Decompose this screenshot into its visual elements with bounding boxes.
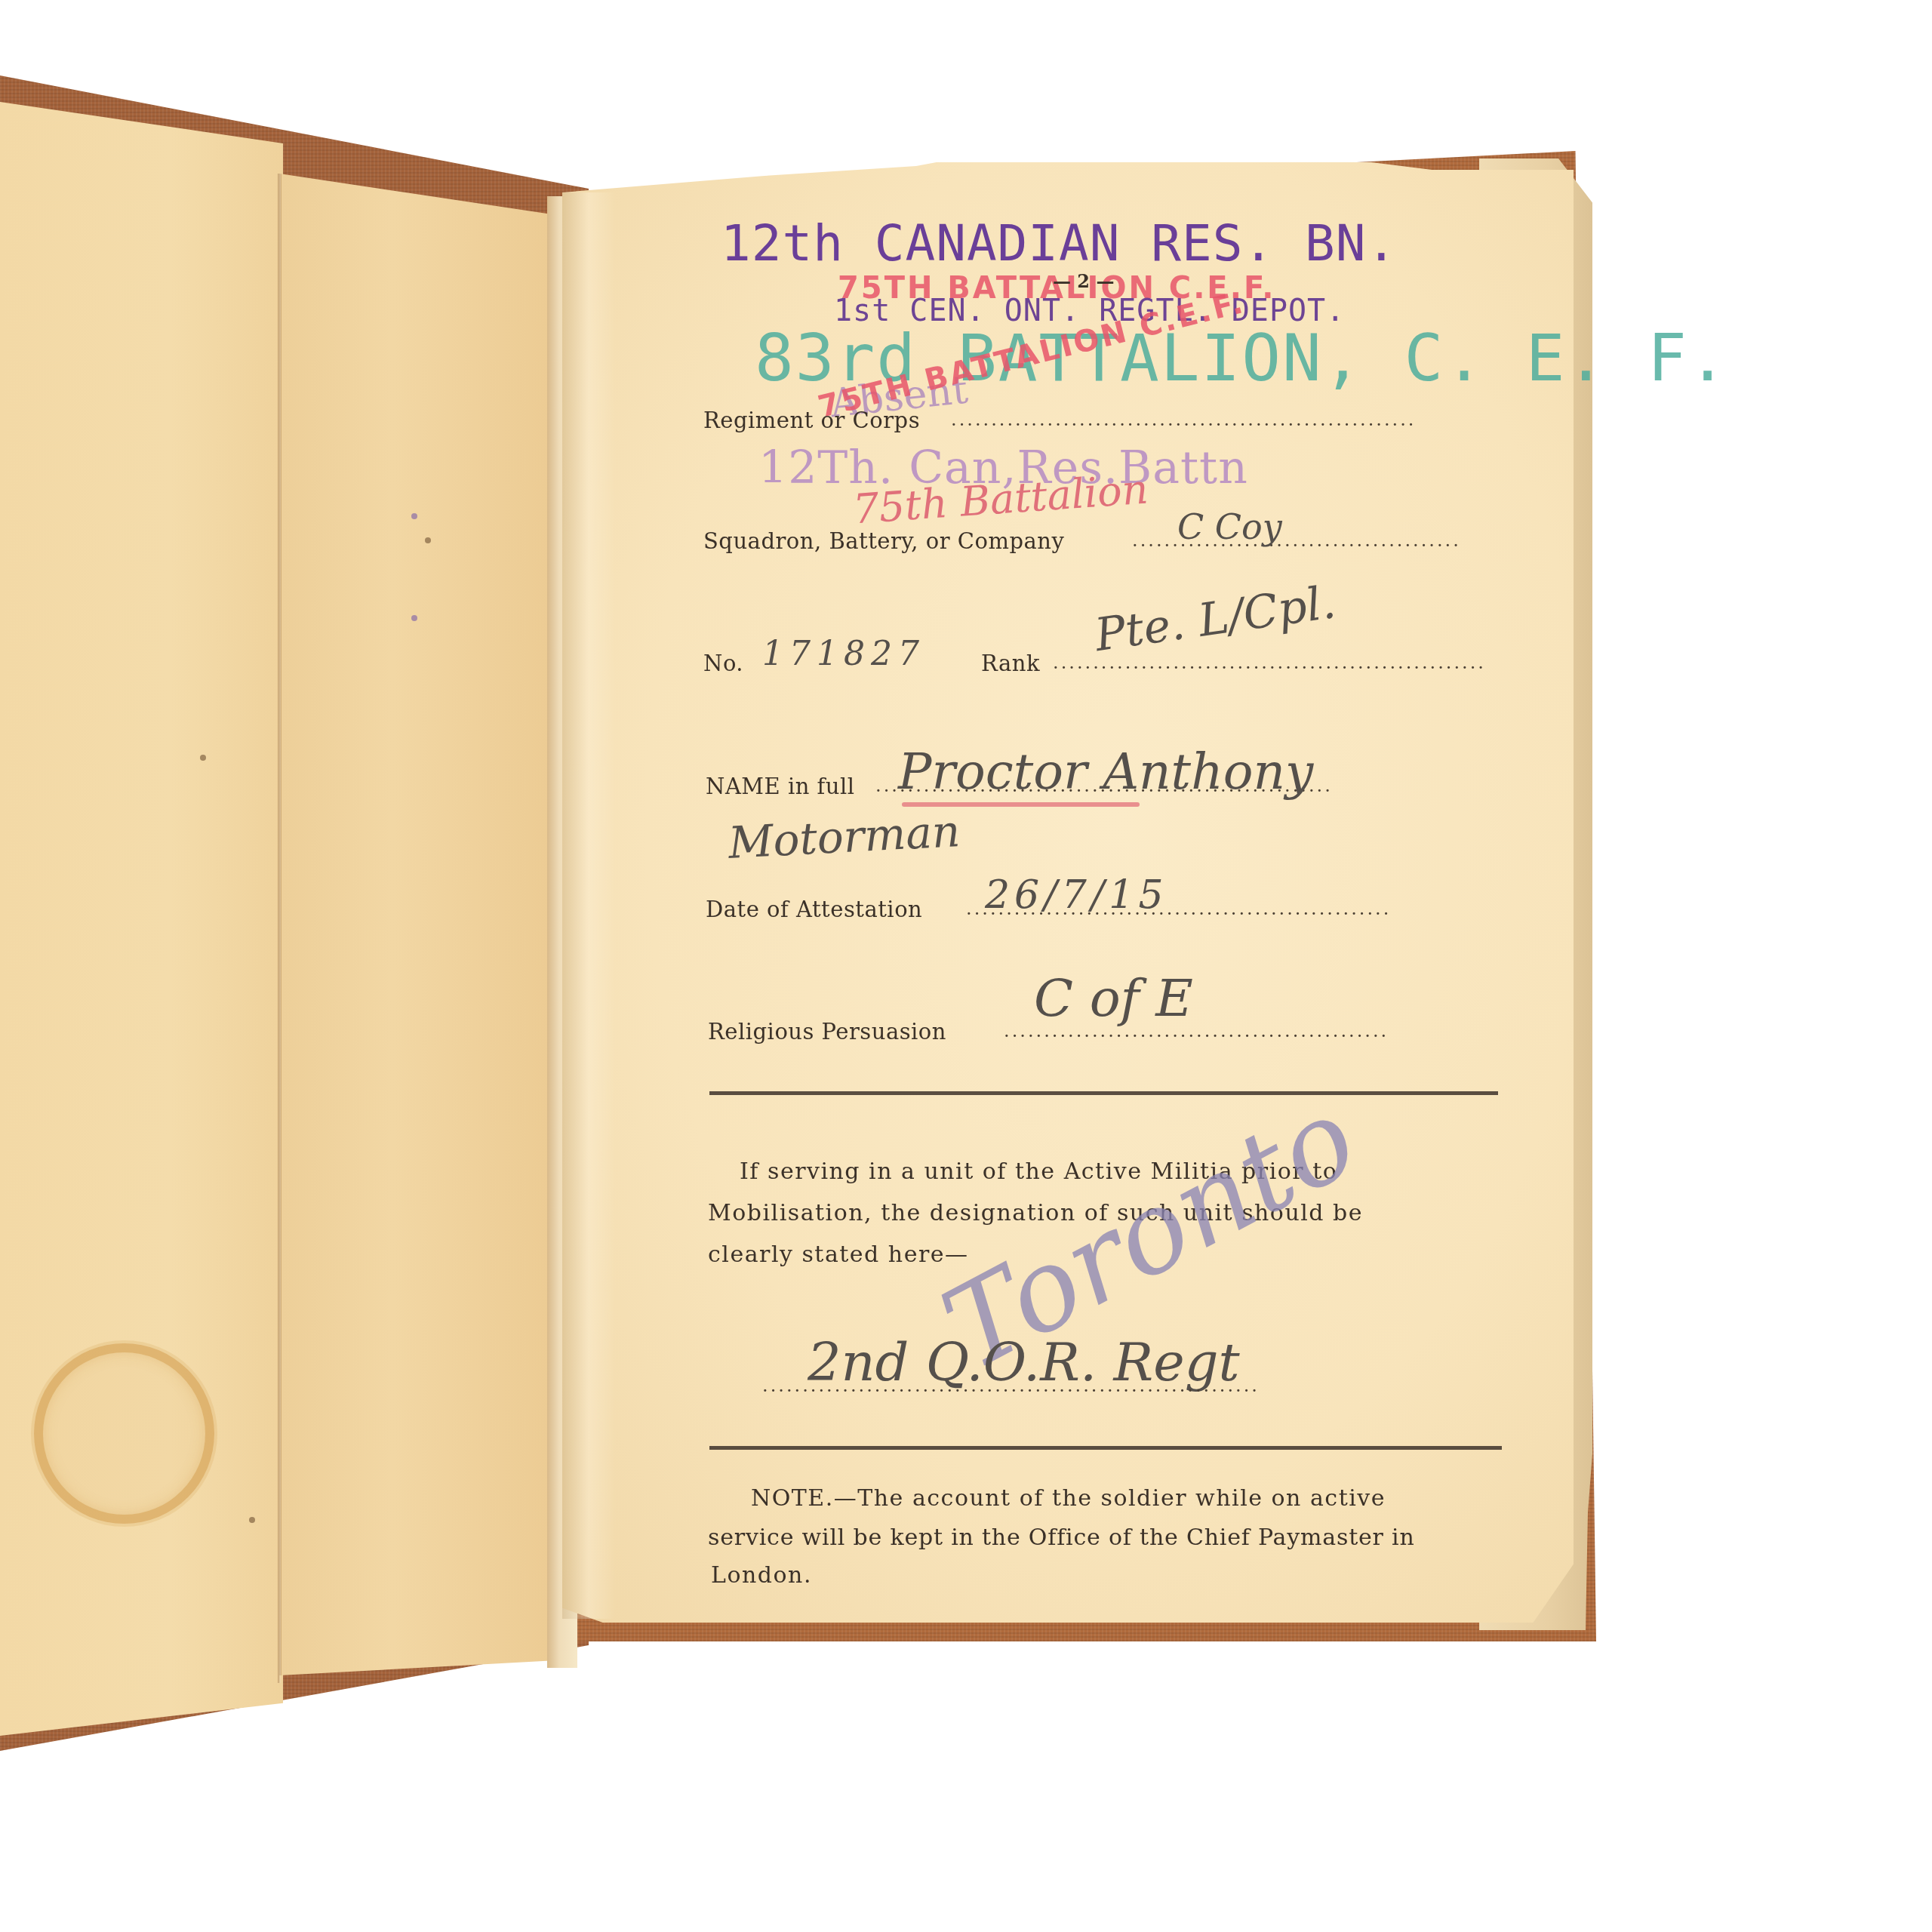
coffee-ring-stain [34, 1343, 214, 1524]
field-label-company: Squadron, Battery, or Company [703, 528, 1064, 554]
ink-speck [411, 615, 417, 621]
dirt-speck [200, 755, 206, 761]
field-label-attestation-date: Date of Attestation [706, 897, 922, 922]
note-paragraph-line-1: NOTE.—The account of the soldier while o… [751, 1485, 1386, 1512]
note-paragraph-line-2: service will be kept in the Office of th… [708, 1524, 1415, 1551]
field-label-number: No. [703, 651, 743, 676]
militia-paragraph-line-3: clearly stated here— [708, 1241, 969, 1268]
field-dots-regiment: ........................................… [951, 409, 1416, 430]
dirt-speck [249, 1517, 255, 1523]
handwritten-company: C Coy [1177, 509, 1282, 544]
ink-speck [411, 513, 417, 519]
handwritten-attestation-date: 26/7/15 [985, 875, 1168, 915]
field-label-religion: Religious Persuasion [708, 1019, 946, 1044]
divider-rule [709, 1091, 1498, 1095]
dirt-speck [425, 537, 431, 543]
stamp-12th-canadian-res-bn: 12th CANADIAN RES. BN. [721, 219, 1397, 269]
field-dots-militia-unit: ........................................… [762, 1375, 1260, 1396]
note-paragraph-line-3: London. [711, 1562, 812, 1589]
field-label-regiment: Regiment or Corps [703, 408, 920, 433]
endpaper-hinge-panel [279, 174, 557, 1675]
handwritten-full-name: Proctor Anthony [898, 747, 1313, 797]
handwritten-occupation: Motorman [728, 809, 961, 865]
field-label-rank: Rank [981, 651, 1040, 676]
page-torn-edge [562, 192, 615, 1619]
page-number: — 2 — [1053, 270, 1114, 292]
handwritten-religion: C of E [1034, 974, 1193, 1025]
divider-rule-2 [709, 1446, 1502, 1450]
endpaper-fold-line [278, 174, 281, 1683]
field-label-name: NAME in full [706, 774, 855, 799]
handwritten-regimental-number: 171827 [762, 638, 925, 671]
